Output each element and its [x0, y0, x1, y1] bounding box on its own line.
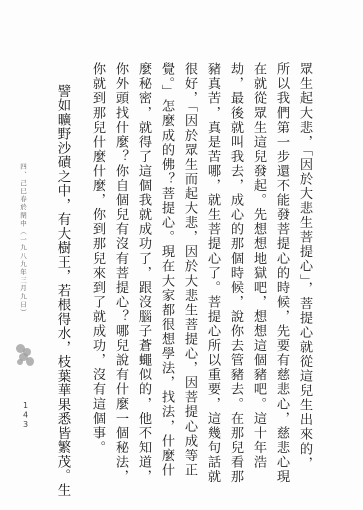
text-column-2: 所以我們第一步還不能發菩提心的時候，先要有慈悲心，慈悲心現 — [273, 62, 289, 484]
text-column-8: 麼秘密，就得了這個我就成功了，跟沒腦子蒼蠅似的，他不知道， — [135, 62, 151, 484]
book-page: 眾生起大悲，「因於大悲生菩提心」，菩提心就從這兒生出來的， 所以我們第一步還不能… — [0, 0, 363, 510]
text-column-6: 很好，「因於眾生而起大悲，因於大悲生菩提心，因菩提心成等正 — [181, 62, 197, 477]
text-column-3: 在就從眾生這兒發起。先想想地獄吧，想想這個豬吧。這十年浩 — [250, 62, 266, 469]
quote-column: 譬如曠野沙磧之中，有大樹王，若根得水，枝葉華果悉皆繁茂。生 — [54, 84, 70, 497]
text-column-9: 你外頭找什麼？你自個兒有沒有菩提心？哪兒說有什麼一個秘法， — [112, 62, 128, 484]
seal-ornament-icon — [14, 342, 36, 368]
page-number: 143 — [21, 401, 30, 430]
text-column-1: 眾生起大悲，「因於大悲生菩提心」，菩提心就從這兒生出來的， — [296, 62, 312, 471]
text-column-4: 劫，最後就叫我去，成心的那個時候，說你去管豬去。在那兒看那 — [227, 62, 243, 484]
margin-note: 四、己巳春於閉中（一九八九年三月九日） — [19, 163, 28, 317]
text-column-5: 豬真苦，真是苦哪，就生菩提心了。菩提心所以重要，這幾句話就 — [204, 62, 220, 484]
text-column-10: 你就到那兒什麼什麼，你到那兒來到了就成功，沒有這個事。 — [89, 62, 105, 455]
text-column-7: 覺。」怎麼成的佛？菩提心。現在大家都很想學法，找法，什麼什 — [158, 62, 174, 477]
